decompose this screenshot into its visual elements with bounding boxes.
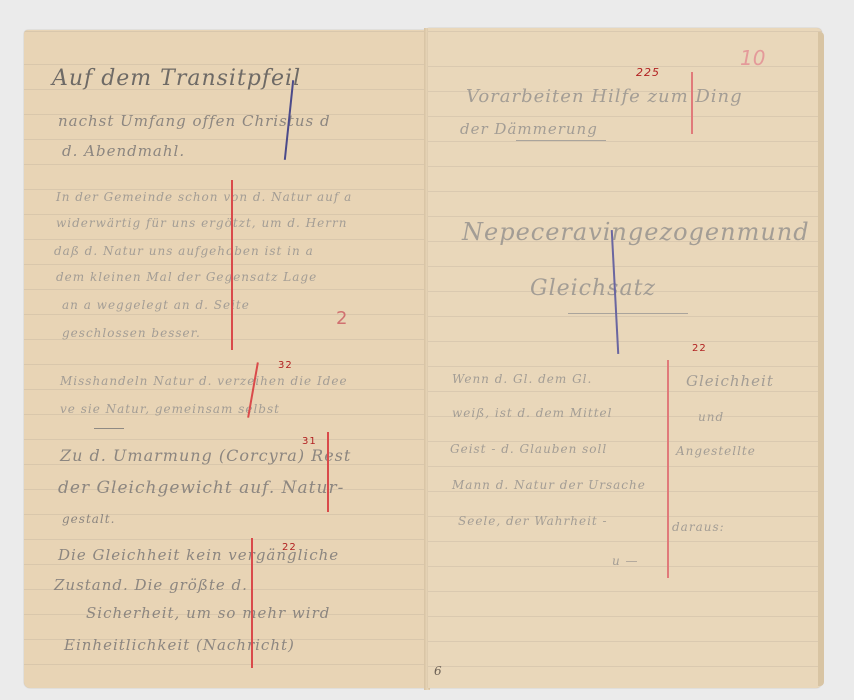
handwriting-line: In der Gemeinde schon von d. Natur auf a: [56, 190, 352, 204]
handwriting-line: der Gleichgewicht auf. Natur-: [58, 478, 344, 498]
handwriting-line: Nepeceravingezogenmund: [462, 218, 810, 246]
handwriting-line: daß d. Natur uns aufgehoben ist in a: [54, 244, 314, 258]
red-page-reference: 22: [692, 343, 707, 354]
red-page-reference: 32: [278, 360, 293, 371]
notebook-spread: Auf dem Transitpfeil nachst Umfang offen…: [0, 0, 854, 700]
red-divider-line: [251, 538, 253, 668]
red-page-reference: 225: [636, 66, 660, 79]
handwriting-line: Wenn d. Gl. dem Gl.: [452, 372, 592, 386]
handwriting-line: Zustand. Die größte d.: [54, 576, 248, 594]
handwriting-line: Mann d. Natur der Ursache: [452, 478, 646, 492]
handwriting-line: Auf dem Transitpfeil: [52, 66, 301, 91]
handwriting-line: Einheitlichkeit (Nachricht): [64, 636, 295, 654]
handwriting-line: Misshandeln Natur d. verzeihen die Idee: [60, 374, 348, 388]
handwriting-line: geschlossen besser.: [62, 326, 201, 340]
underline-stroke: [94, 428, 124, 429]
handwriting-line: daraus:: [672, 520, 725, 534]
handwriting-line: Gleichheit: [686, 372, 774, 390]
red-page-reference: 22: [282, 542, 297, 553]
underline-stroke: [516, 140, 606, 141]
red-divider-line: [667, 360, 669, 578]
handwriting-line: Angestellte: [676, 444, 756, 458]
handwriting-line: widerwärtig für uns ergötzt, um d. Herrn: [56, 216, 347, 230]
handwriting-line: Gleichsatz: [530, 276, 656, 301]
underline-stroke: [568, 313, 688, 314]
handwriting-line: Zu d. Umarmung (Corcyra) Rest: [60, 446, 351, 465]
red-page-reference: 31: [302, 436, 317, 447]
page-number: 6: [434, 664, 442, 678]
handwriting-line: Seele, der Wahrheit -: [458, 514, 608, 528]
handwriting-line: u —: [612, 554, 639, 568]
handwriting-line: dem kleinen Mal der Gegensatz Lage: [56, 270, 317, 284]
red-divider-line: [691, 72, 693, 134]
handwriting-line: Die Gleichheit kein vergängliche: [58, 546, 339, 564]
handwriting-line: Sicherheit, um so mehr wird: [86, 604, 330, 622]
handwriting-line: an a weggelegt an d. Seite: [62, 298, 250, 312]
handwriting-line: Geist - d. Glauben soll: [450, 442, 607, 456]
handwriting-line: und: [698, 410, 724, 424]
red-margin-mark: 2: [336, 308, 348, 329]
handwriting-line: Vorarbeiten Hilfe zum Ding: [466, 86, 743, 107]
red-divider-line: [231, 180, 233, 350]
handwriting-line: gestalt.: [62, 512, 115, 526]
handwriting-line: d. Abendmahl.: [62, 142, 185, 160]
handwriting-line: der Dämmerung: [460, 120, 598, 138]
corner-number: 10: [740, 46, 765, 70]
red-divider-line: [327, 432, 329, 512]
handwriting-line: weiß, ist d. dem Mittel: [452, 406, 612, 420]
page-stack-edge: [818, 32, 824, 686]
